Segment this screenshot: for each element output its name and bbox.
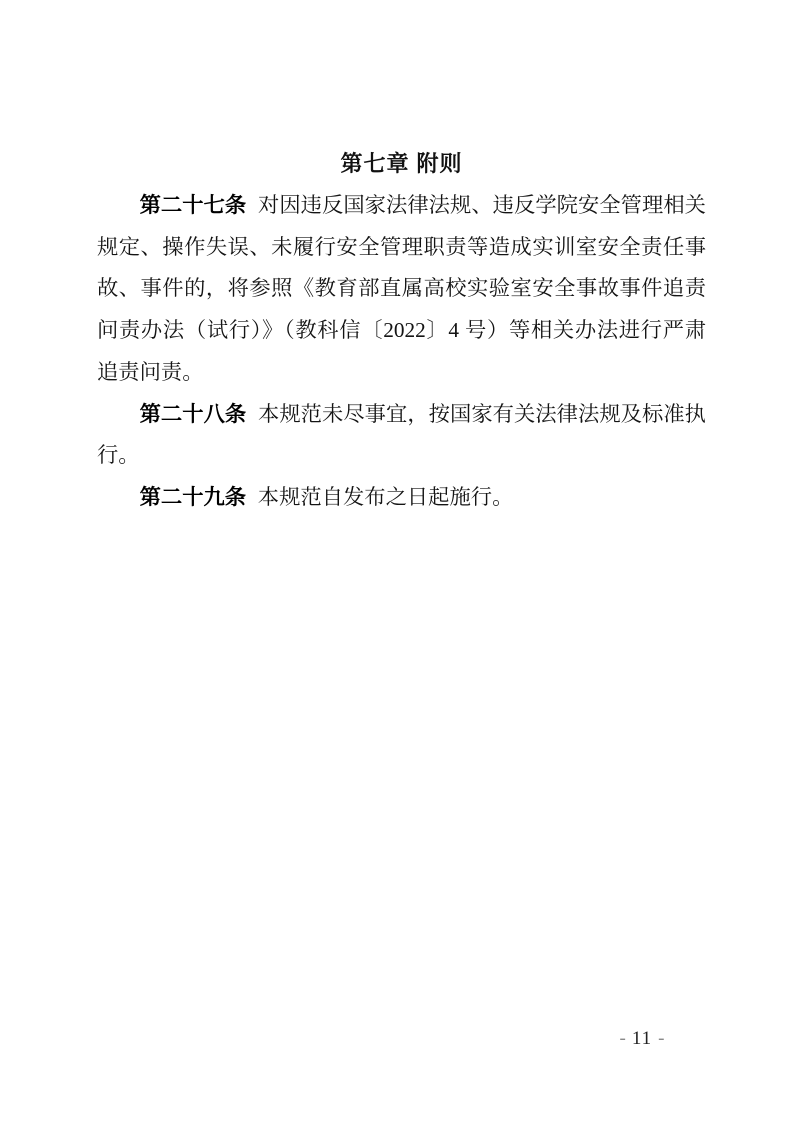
article-number-28: 第二十八条 — [140, 402, 247, 426]
page-number-right-dash: - — [652, 1028, 670, 1049]
page-number-left-dash: - — [614, 1028, 632, 1049]
page-number-footer: -11- — [587, 1026, 697, 1052]
article-number-29: 第二十九条 — [140, 485, 247, 509]
page-number-value: 11 — [632, 1028, 652, 1049]
document-body: 第七章 附则 第二十七条对因违反国家法律法规、违反学院安全管理相关规定、操作失误… — [97, 143, 706, 519]
article-text-29: 本规范自发布之日起施行。 — [258, 485, 514, 509]
article-paragraph-28: 第二十八条本规范未尽事宜，按国家有关法律法规及标准执行。 — [97, 394, 706, 477]
article-text-27: 对因违反国家法律法规、违反学院安全管理相关规定、操作失误、未履行安全管理职责等造… — [97, 193, 706, 384]
article-number-27: 第二十七条 — [140, 193, 247, 217]
article-paragraph-27: 第二十七条对因违反国家法律法规、违反学院安全管理相关规定、操作失误、未履行安全管… — [97, 185, 706, 394]
document-page: 第七章 附则 第二十七条对因违反国家法律法规、违反学院安全管理相关规定、操作失误… — [0, 0, 793, 1122]
chapter-heading: 第七章 附则 — [97, 143, 706, 185]
article-paragraph-29: 第二十九条本规范自发布之日起施行。 — [97, 477, 706, 519]
